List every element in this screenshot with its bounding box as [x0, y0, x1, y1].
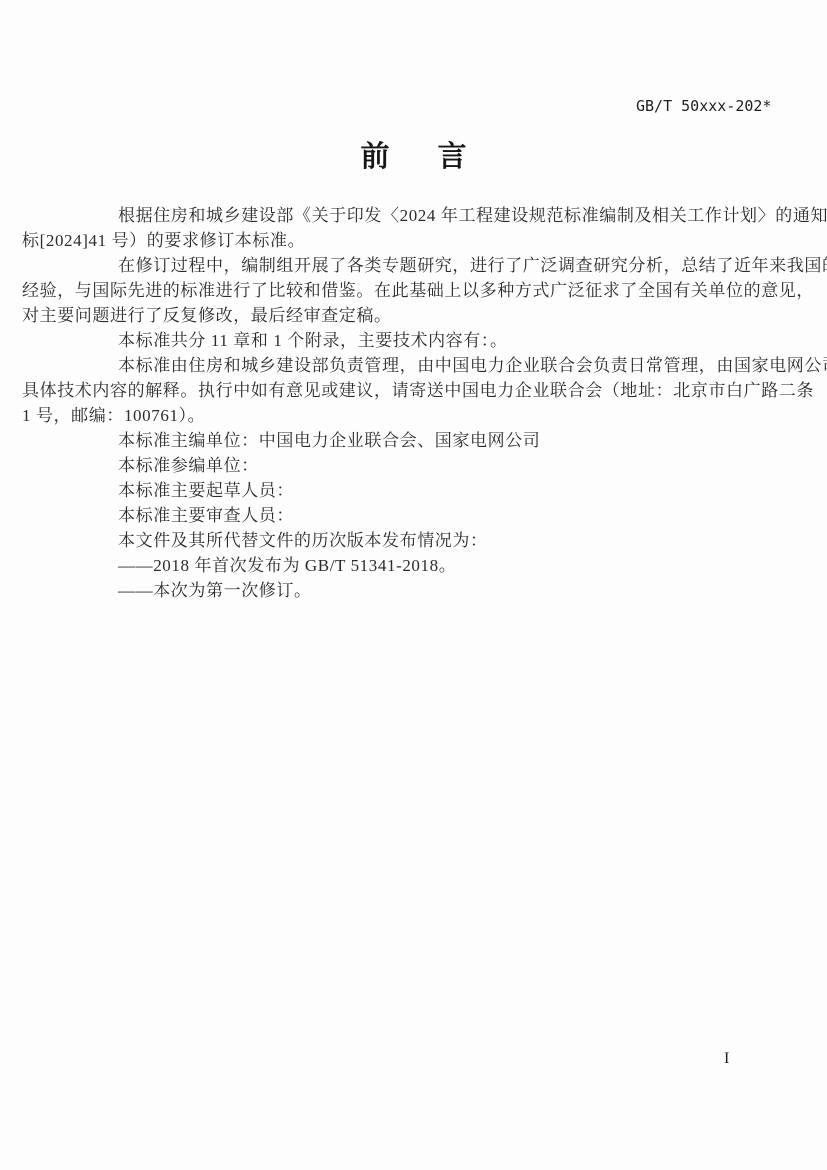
text-line: 本标准主要审查人员： [22, 503, 814, 528]
text-line: 本标准主编单位：中国电力企业联合会、国家电网公司 [22, 428, 814, 453]
document-page: GB/T 50xxx-202* 前 言 根据住房和城乡建设部《关于印发〈2024… [0, 0, 827, 1170]
text-line: 对主要问题进行了反复修改，最后经审查定稿。 [22, 303, 814, 328]
text-line: ——2018 年首次发布为 GB/T 51341-2018。 [22, 553, 814, 578]
text-line: 经验，与国际先进的标准进行了比较和借鉴。在此基础上以多种方式广泛征求了全国有关单… [22, 278, 814, 303]
text-line: 具体技术内容的解释。执行中如有意见或建议，请寄送中国电力企业联合会（地址：北京市… [22, 378, 814, 403]
text-line: 本文件及其所代替文件的历次版本发布情况为： [22, 528, 814, 553]
text-line: 本标准由住房和城乡建设部负责管理，由中国电力企业联合会负责日常管理，由国家电网公… [22, 353, 814, 378]
text-line: 在修订过程中，编制组开展了各类专题研究，进行了广泛调查研究分析，总结了近年来我国… [22, 253, 814, 278]
text-line: 根据住房和城乡建设部《关于印发〈2024 年工程建设规范标准编制及相关工作计划〉… [22, 203, 814, 228]
standard-number: GB/T 50xxx-202* [636, 97, 771, 115]
title-char-qian: 前 [360, 140, 389, 174]
text-line: ——本次为第一次修订。 [22, 578, 814, 603]
page-number: I [724, 1050, 729, 1068]
title-char-yan: 言 [438, 140, 467, 174]
text-line: 本标准共分 11 章和 1 个附录，主要技术内容有：。 [22, 328, 814, 353]
text-line: 标[2024]41 号）的要求修订本标准。 [22, 228, 814, 253]
text-line: 本标准参编单位： [22, 453, 814, 478]
page-title: 前 言 [0, 140, 827, 174]
text-line: 本标准主要起草人员： [22, 478, 814, 503]
foreword-body: 根据住房和城乡建设部《关于印发〈2024 年工程建设规范标准编制及相关工作计划〉… [22, 203, 814, 603]
text-line: 1 号，邮编：100761）。 [22, 403, 814, 428]
